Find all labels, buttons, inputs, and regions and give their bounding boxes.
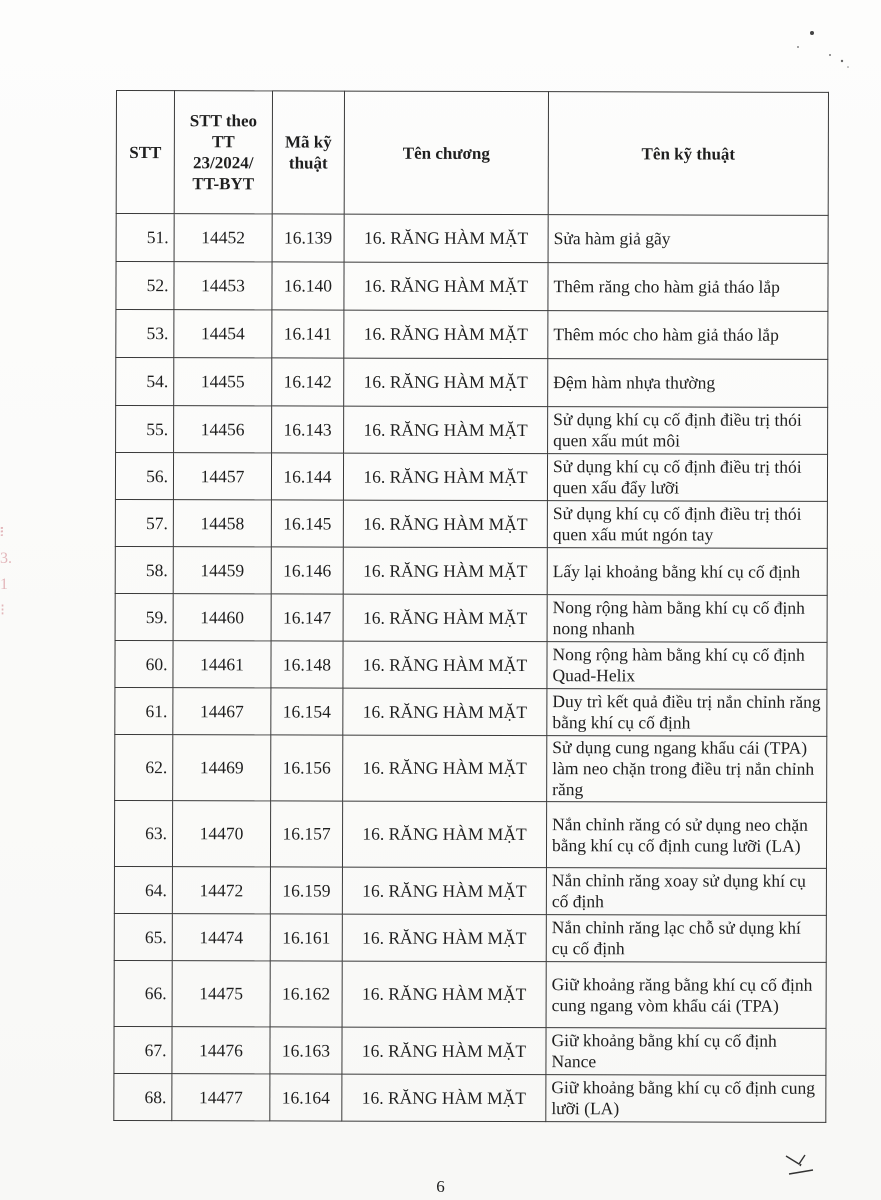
table-row: 61.1446716.15416. RĂNG HÀM MẶTDuy trì kế…	[115, 687, 827, 736]
cell-ten-chuong: 16. RĂNG HÀM MẶT	[342, 961, 546, 1028]
header-stt-tt: STT theo TT 23/2024/ TT-BYT	[174, 91, 272, 214]
cell-ten-chuong: 16. RĂNG HÀM MẶT	[343, 500, 547, 548]
cell-ten-chuong: 16. RĂNG HÀM MẶT	[344, 358, 548, 407]
table-row: 54.1445516.14216. RĂNG HÀM MẶTĐệm hàm nh…	[116, 358, 828, 408]
cell-ten-ky-thuat: Nong rộng hàm bằng khí cụ cố định Quad-H…	[547, 642, 827, 690]
cell-ten-ky-thuat: Sử dụng khí cụ cố định điều trị thói que…	[547, 501, 827, 549]
cell-ten-ky-thuat: Nong rộng hàm bằng khí cụ cố định nong n…	[547, 595, 827, 643]
cell-stt-tt: 14459	[173, 547, 271, 594]
cell-ten-chuong: 16. RĂNG HÀM MẶT	[343, 594, 547, 642]
cell-ma-ky-thuat: 16.163	[270, 1027, 342, 1074]
table-row: 57.1445816.14516. RĂNG HÀM MẶTSử dụng kh…	[115, 499, 827, 548]
cell-ten-chuong: 16. RĂNG HÀM MẶT	[342, 1027, 546, 1075]
cell-stt-tt: 14458	[173, 500, 271, 547]
cell-stt: 63.	[114, 800, 172, 866]
cell-ma-ky-thuat: 16.159	[270, 867, 342, 914]
cell-stt-tt: 14472	[172, 867, 270, 914]
cell-ten-ky-thuat: Nắn chỉnh răng lạc chỗ sử dụng khí cụ cố…	[546, 915, 826, 963]
cell-ma-ky-thuat: 16.143	[272, 406, 344, 453]
cell-ten-ky-thuat: Sửa hàm giả gãy	[548, 215, 828, 264]
table-row: 68.1447716.16416. RĂNG HÀM MẶTGiữ khoảng…	[114, 1073, 826, 1122]
cell-ma-ky-thuat: 16.148	[271, 641, 343, 688]
cell-stt-tt: 14476	[172, 1027, 270, 1074]
page-number: 6	[0, 1177, 881, 1197]
cell-ten-chuong: 16. RĂNG HÀM MẶT	[342, 867, 546, 915]
cell-stt-tt: 14457	[173, 453, 271, 500]
cell-stt: 67.	[114, 1026, 172, 1073]
table-row: 51.1445216.13916. RĂNG HÀM MẶTSửa hàm gi…	[116, 214, 828, 264]
cell-ma-ky-thuat: 16.147	[271, 594, 343, 641]
header-ma-ky-thuat: Mã kỹ thuật	[272, 91, 344, 214]
cell-stt: 66.	[114, 960, 172, 1026]
cell-ma-ky-thuat: 16.162	[270, 961, 342, 1027]
cell-ma-ky-thuat: 16.164	[270, 1074, 342, 1121]
header-ten-ky-thuat: Tên kỹ thuật	[548, 92, 828, 216]
cell-ten-chuong: 16. RĂNG HÀM MẶT	[344, 310, 548, 359]
cell-ten-chuong: 16. RĂNG HÀM MẶT	[343, 547, 547, 595]
cell-ten-ky-thuat: Lấy lại khoảng bằng khí cụ cố định	[547, 548, 827, 596]
cell-stt-tt: 14474	[172, 914, 270, 961]
cell-stt: 62.	[115, 734, 173, 800]
cell-ten-chuong: 16. RĂNG HÀM MẶT	[342, 1074, 546, 1122]
cell-stt-tt: 14452	[174, 214, 272, 262]
cell-ma-ky-thuat: 16.146	[271, 547, 343, 594]
cell-ten-chuong: 16. RĂNG HÀM MẶT	[343, 641, 547, 689]
table-row: 62.1446916.15616. RĂNG HÀM MẶTSử dụng cu…	[115, 734, 827, 802]
cell-stt: 68.	[114, 1073, 172, 1120]
table-row: 65.1447416.16116. RĂNG HÀM MẶTNắn chỉnh …	[114, 913, 826, 962]
table-body: 51.1445216.13916. RĂNG HÀM MẶTSửa hàm gi…	[114, 214, 828, 1123]
cell-stt: 51.	[116, 214, 174, 262]
table-row: 63.1447016.15716. RĂNG HÀM MẶTNắn chỉnh …	[114, 800, 826, 868]
techniques-table: STT STT theo TT 23/2024/ TT-BYT Mã kỹ th…	[113, 90, 829, 1123]
cell-ten-ky-thuat: Giữ khoảng bằng khí cụ cố định cung lưỡi…	[546, 1075, 826, 1123]
cell-ten-ky-thuat: Giữ khoảng răng bằng khí cụ cố định cung…	[546, 962, 826, 1029]
cell-ma-ky-thuat: 16.140	[272, 262, 344, 310]
cell-stt-tt: 14453	[174, 262, 272, 310]
cell-ten-chuong: 16. RĂNG HÀM MẶT	[342, 914, 546, 962]
table-row: 66.1447516.16216. RĂNG HÀM MẶTGiữ khoảng…	[114, 960, 826, 1028]
cell-ten-ky-thuat: Sử dụng cung ngang khẩu cái (TPA) làm ne…	[547, 736, 827, 803]
scan-specks	[780, 25, 870, 75]
cell-ten-ky-thuat: Nắn chỉnh răng có sử dụng neo chặn bằng …	[546, 802, 826, 869]
table-header-row: STT STT theo TT 23/2024/ TT-BYT Mã kỹ th…	[116, 91, 828, 216]
cell-stt-tt: 14477	[172, 1074, 270, 1121]
cell-stt-tt: 14455	[174, 358, 272, 406]
cell-ten-chuong: 16. RĂNG HÀM MẶT	[343, 453, 547, 501]
cell-stt-tt: 14469	[173, 735, 271, 801]
scanned-page: ፧3.1⁝ STT STT theo TT 23/2024/ TT-BYT Mã…	[0, 0, 881, 1200]
cell-stt: 64.	[114, 866, 172, 913]
cell-ma-ky-thuat: 16.144	[271, 453, 343, 500]
table-row: 59.1446016.14716. RĂNG HÀM MẶTNong rộng …	[115, 593, 827, 642]
table-row: 56.1445716.14416. RĂNG HÀM MẶTSử dụng kh…	[115, 453, 827, 502]
table-row: 64.1447216.15916. RĂNG HÀM MẶTNắn chỉnh …	[114, 866, 826, 915]
cell-ten-chuong: 16. RĂNG HÀM MẶT	[344, 406, 548, 454]
cell-ten-ky-thuat: Thêm móc cho hàm giả tháo lắp	[548, 311, 828, 360]
cell-ten-ky-thuat: Sử dụng khí cụ cố định điều trị thói que…	[548, 407, 828, 455]
cell-ten-ky-thuat: Nắn chỉnh răng xoay sử dụng khí cụ cố đị…	[546, 868, 826, 916]
cell-stt-tt: 14467	[173, 688, 271, 735]
cell-stt: 57.	[115, 499, 173, 546]
table-row: 60.1446116.14816. RĂNG HÀM MẶTNong rộng …	[115, 640, 827, 689]
cell-stt: 55.	[116, 406, 174, 453]
cell-stt-tt: 14456	[174, 406, 272, 453]
table-row: 53.1445416.14116. RĂNG HÀM MẶTThêm móc c…	[116, 310, 828, 360]
cell-stt: 54.	[116, 358, 174, 406]
cell-stt: 59.	[115, 593, 173, 640]
cell-stt-tt: 14475	[172, 961, 270, 1027]
cell-stt: 61.	[115, 687, 173, 734]
header-ten-chuong: Tên chương	[344, 91, 548, 215]
cell-stt: 65.	[114, 913, 172, 960]
cell-ten-ky-thuat: Sử dụng khí cụ cố định điều trị thói que…	[547, 454, 827, 502]
cell-ten-chuong: 16. RĂNG HÀM MẶT	[344, 214, 548, 263]
header-stt-tt-text: STT theo TT 23/2024/ TT-BYT	[190, 111, 257, 193]
cell-ma-ky-thuat: 16.142	[272, 358, 344, 406]
cell-ten-chuong: 16. RĂNG HÀM MẶT	[343, 688, 547, 736]
red-stamp-fragment: ፧3.1⁝	[0, 520, 22, 670]
cell-ten-ky-thuat: Thêm răng cho hàm giả tháo lắp	[548, 263, 828, 312]
cell-stt-tt: 14470	[172, 801, 270, 867]
table-row: 55.1445616.14316. RĂNG HÀM MẶTSử dụng kh…	[116, 406, 828, 455]
cell-ma-ky-thuat: 16.145	[271, 500, 343, 547]
table-row: 67.1447616.16316. RĂNG HÀM MẶTGiữ khoảng…	[114, 1026, 826, 1075]
cell-stt: 58.	[115, 546, 173, 593]
cell-ten-chuong: 16. RĂNG HÀM MẶT	[342, 801, 546, 868]
cell-ten-chuong: 16. RĂNG HÀM MẶT	[344, 262, 548, 311]
cell-stt: 56.	[115, 453, 173, 500]
cell-ma-ky-thuat: 16.161	[270, 914, 342, 961]
header-stt: STT	[116, 91, 174, 214]
cell-ma-ky-thuat: 16.139	[272, 214, 344, 262]
cell-ten-chuong: 16. RĂNG HÀM MẶT	[343, 735, 547, 802]
cell-ten-ky-thuat: Giữ khoảng bằng khí cụ cố định Nance	[546, 1028, 826, 1076]
cell-stt-tt: 14454	[174, 310, 272, 358]
cell-stt-tt: 14460	[173, 594, 271, 641]
cell-stt: 52.	[116, 262, 174, 310]
table-row: 58.1445916.14616. RĂNG HÀM MẶTLấy lại kh…	[115, 546, 827, 595]
cell-ma-ky-thuat: 16.156	[271, 735, 343, 801]
table-row: 52.1445316.14016. RĂNG HÀM MẶTThêm răng …	[116, 262, 828, 312]
handwritten-check-mark	[783, 1152, 823, 1182]
cell-ten-ky-thuat: Duy trì kết quả điều trị nắn chỉnh răng …	[547, 689, 827, 737]
cell-stt-tt: 14461	[173, 641, 271, 688]
cell-stt: 53.	[116, 310, 174, 358]
cell-ma-ky-thuat: 16.154	[271, 688, 343, 735]
cell-ma-ky-thuat: 16.141	[272, 310, 344, 358]
cell-ma-ky-thuat: 16.157	[270, 801, 342, 867]
cell-stt: 60.	[115, 640, 173, 687]
cell-ten-ky-thuat: Đệm hàm nhựa thường	[548, 359, 828, 408]
